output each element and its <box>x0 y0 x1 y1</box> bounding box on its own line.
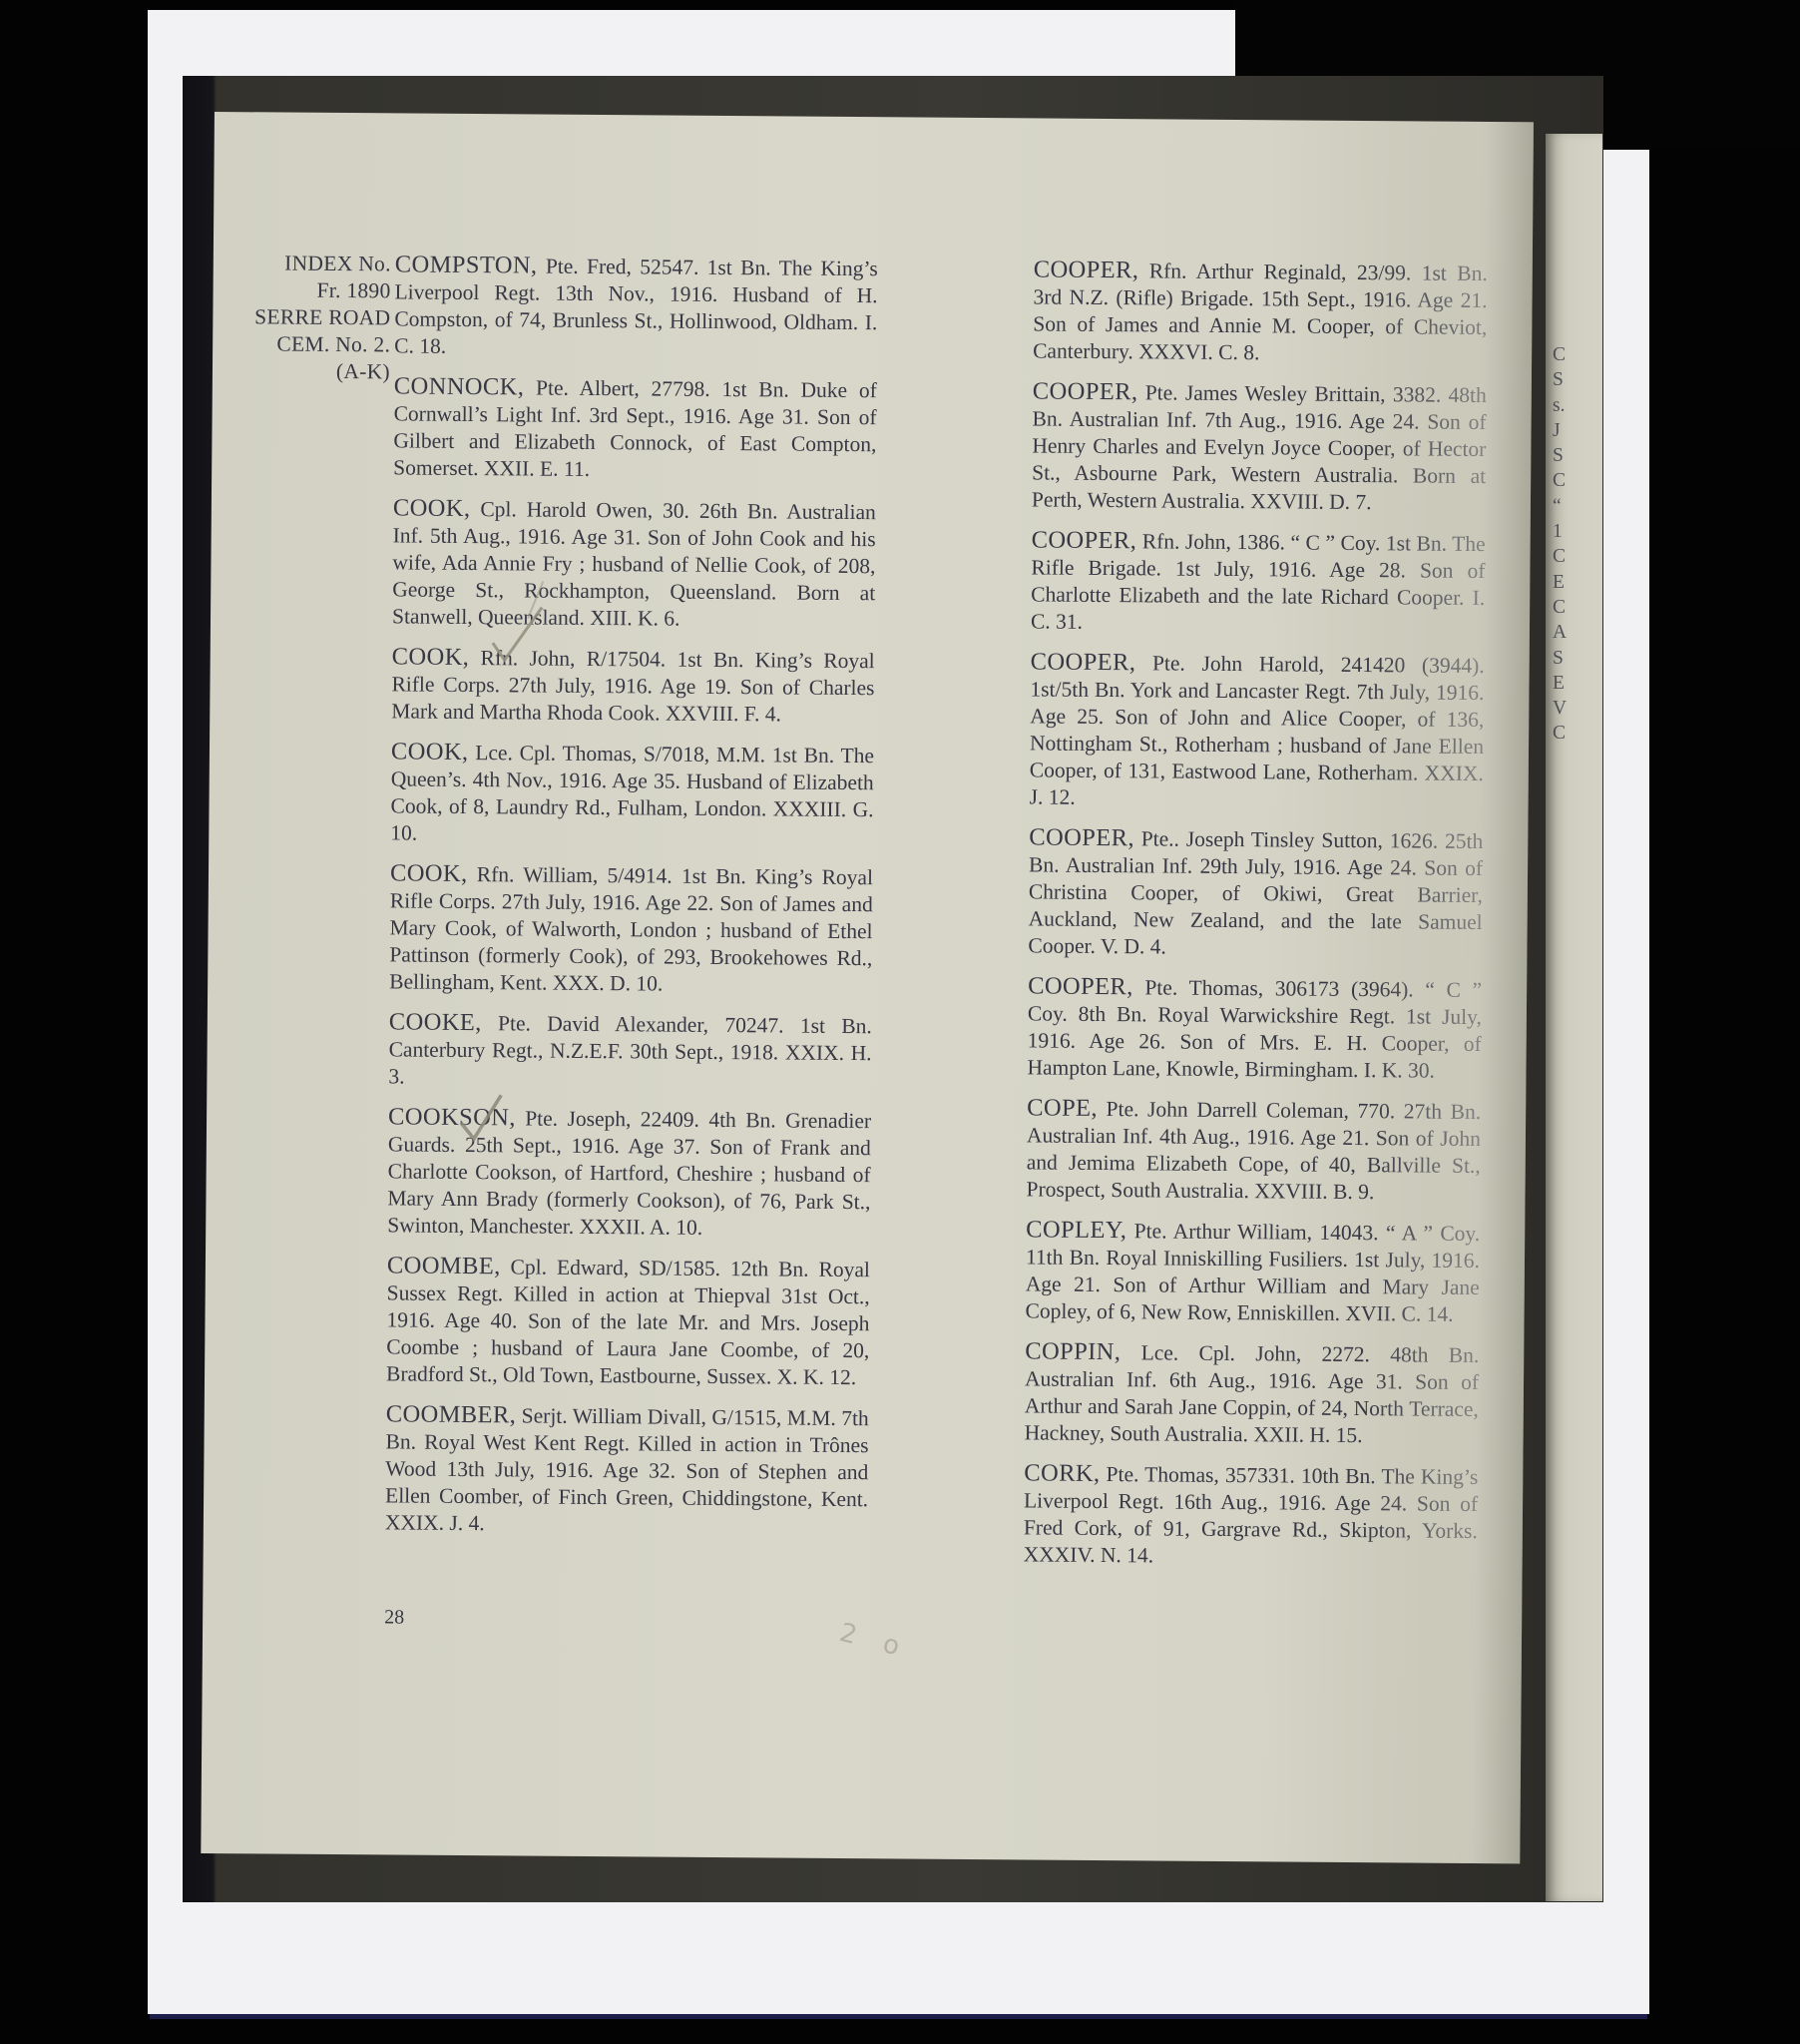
right-column: COOPER, Rfn. Arthur Reginald, 23/99. 1st… <box>1023 255 1487 1585</box>
register-entry: COOPER, Rfn. Arthur Reginald, 23/99. 1st… <box>1033 255 1488 368</box>
entry-surname: COOK, <box>393 494 471 522</box>
entry-surname: COOPER, <box>1028 972 1133 1000</box>
register-entry: COOMBE, Cpl. Edward, SD/1585. 12th Bn. R… <box>386 1252 870 1391</box>
register-page: INDEX No.Fr. 1890SERRE ROADCEM. No. 2.(A… <box>201 112 1534 1863</box>
register-entry: COOKSON, Pte. Joseph, 22409. 4th Bn. Gre… <box>387 1103 871 1243</box>
entry-surname: COOPER, <box>1029 823 1134 851</box>
next-page-text-fragment: S <box>1546 646 1602 671</box>
next-page-text-fragment: C <box>1546 595 1602 620</box>
register-entry: COOKE, Pte. David Alexander, 70247. 1st … <box>388 1008 872 1094</box>
next-page-text-fragment: C <box>1546 468 1602 493</box>
margin-header: INDEX No.Fr. 1890SERRE ROADCEM. No. 2.(A… <box>223 250 391 385</box>
margin-header-line: SERRE ROAD <box>223 303 390 331</box>
next-page-text-fragment: S <box>1546 367 1602 392</box>
entry-surname: COOKE, <box>389 1008 482 1036</box>
register-entry: COOK, Lce. Cpl. Thomas, S/7018, M.M. 1st… <box>390 738 874 850</box>
entry-surname: COOK, <box>392 643 470 671</box>
register-entry: COOPER, Pte. John Harold, 241420 (3944).… <box>1030 648 1485 814</box>
entry-surname: COOK, <box>391 738 469 766</box>
entry-surname: COOMBER, <box>386 1400 517 1428</box>
next-page-edge-text: CSs.JSC“1CECASEVC <box>1546 134 1602 747</box>
left-column: COMPSTON, Pte. Fred, 52547. 1st Bn. The … <box>385 251 878 1553</box>
entry-surname: COOPER, <box>1034 255 1139 283</box>
entry-surname: COOPER, <box>1033 377 1138 405</box>
margin-header-line: INDEX No. <box>224 250 391 277</box>
entry-surname: COOK, <box>390 859 468 887</box>
register-entry: COOPER, Pte.. Joseph Tinsley Sutton, 162… <box>1028 823 1483 963</box>
next-page-text-fragment: S <box>1546 443 1602 468</box>
next-page-text-fragment: C <box>1546 721 1602 746</box>
page-number: 28 <box>384 1606 404 1629</box>
entry-surname: COPE, <box>1027 1094 1098 1122</box>
next-page-text-fragment: “ <box>1546 494 1602 519</box>
entry-surname: CONNOCK, <box>394 372 525 400</box>
margin-header-line: (A-K) <box>223 357 390 385</box>
next-page-text-fragment: C <box>1546 342 1602 367</box>
entry-surname: COMPSTON, <box>395 251 538 278</box>
register-entry: COMPSTON, Pte. Fred, 52547. 1st Bn. The … <box>394 251 878 363</box>
next-page-edge: CSs.JSC“1CECASEVC <box>1546 134 1602 1901</box>
entry-surname: CORK, <box>1024 1459 1100 1487</box>
entry-surname: COPLEY, <box>1026 1216 1126 1244</box>
next-page-text-fragment: 1 <box>1546 519 1602 544</box>
entry-surname: COOMBE, <box>387 1252 501 1279</box>
margin-header-line: CEM. No. 2. <box>223 330 390 358</box>
next-page-text-fragment: E <box>1546 570 1602 595</box>
next-page-text-fragment: E <box>1546 671 1602 696</box>
entry-surname: COOKSON, <box>388 1103 516 1131</box>
register-entry: COOPER, Pte. James Wesley Brittain, 3382… <box>1032 377 1487 517</box>
register-entry: CONNOCK, Pte. Albert, 27798. 1st Bn. Duk… <box>393 372 877 485</box>
next-page-text-fragment: s. <box>1546 393 1602 418</box>
next-page-text-fragment: A <box>1546 620 1602 645</box>
photograph-of-register-page: INDEX No.Fr. 1890SERRE ROADCEM. No. 2.(A… <box>0 0 1800 2044</box>
register-entry: CORK, Pte. Thomas, 357331. 10th Bn. The … <box>1024 1459 1479 1572</box>
register-entry: COOK, Cpl. Harold Owen, 30. 26th Bn. Aus… <box>392 494 876 634</box>
margin-header-line: Fr. 1890 <box>223 276 390 304</box>
entry-surname: COOPER, <box>1031 648 1136 676</box>
pencil-annotation: 2 o <box>836 1618 912 1665</box>
register-entry: COOMBER, Serjt. William Divall, G/1515, … <box>385 1400 869 1540</box>
entry-surname: COOPER, <box>1032 526 1137 554</box>
next-page-text-fragment: C <box>1546 544 1602 569</box>
entry-surname: COPPIN, <box>1025 1337 1121 1365</box>
next-page-text-fragment: V <box>1546 696 1602 721</box>
register-entry: COOK, Rfn. William, 5/4914. 1st Bn. King… <box>389 859 873 999</box>
register-entry: COPPIN, Lce. Cpl. John, 2272. 48th Bn. A… <box>1025 1337 1480 1450</box>
register-entry: COOPER, Rfn. John, 1386. “ C ” Coy. 1st … <box>1031 526 1486 639</box>
next-page-text-fragment: J <box>1546 418 1602 443</box>
register-entry: COPE, Pte. John Darrell Coleman, 770. 27… <box>1026 1094 1481 1207</box>
register-entry: COPLEY, Pte. Arthur William, 14043. “ A … <box>1025 1216 1480 1328</box>
register-entry: COOPER, Pte. Thomas, 306173 (3964). “ C … <box>1027 972 1482 1085</box>
register-entry: COOK, Rfn. John, R/17504. 1st Bn. King’s… <box>391 643 875 729</box>
